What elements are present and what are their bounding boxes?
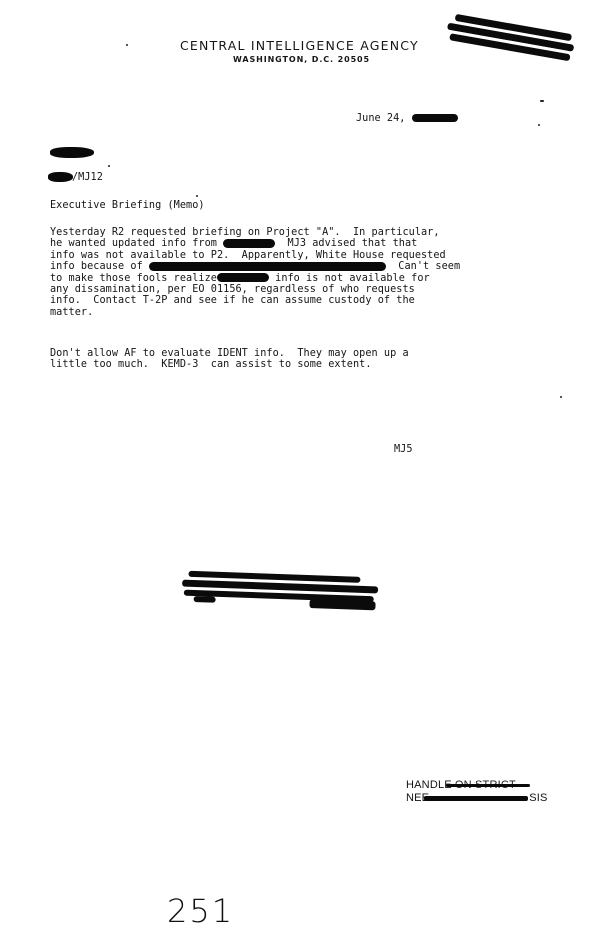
paragraph-line: info. Contact T-2P and see if he can ass…: [50, 295, 460, 306]
memo-subject: Executive Briefing (Memo): [50, 200, 205, 211]
date-text: June 24,: [356, 113, 405, 124]
handling-line-1: HANDLEON STRICT: [406, 779, 548, 792]
paragraph-line: info was not available to P2. Apparently…: [50, 250, 460, 261]
scan-speck: [108, 165, 110, 167]
redacted-header-mark: [50, 147, 94, 158]
paragraph-line: Yesterday R2 requested briefing on Proje…: [50, 227, 460, 238]
handling-line-2: NEESIS: [406, 792, 548, 805]
paragraph-line: Don't allow AF to evaluate IDENT info. T…: [50, 348, 409, 359]
redaction-bar: [309, 599, 375, 610]
paragraph-line: info because of Can't seem: [50, 261, 460, 272]
redacted-year: [412, 114, 458, 122]
memo-paragraph-2: Don't allow AF to evaluate IDENT info. T…: [50, 348, 409, 371]
paragraph-line: he wanted updated info from MJ3 advised …: [50, 238, 460, 249]
redacted-reason: [149, 262, 386, 271]
paragraph-line: any dissamination, per EO 01156, regardl…: [50, 284, 460, 295]
memo-signature: MJ5: [394, 444, 413, 455]
agency-name: CENTRAL INTELLIGENCE AGENCY: [180, 38, 419, 53]
strike-through: [446, 784, 530, 787]
redacted-classification-stamp: [444, 11, 581, 71]
redaction-bar: [194, 596, 216, 603]
paragraph-line: to make those fools realize info is not …: [50, 273, 460, 284]
redacted-bottom-stamp: [179, 567, 380, 614]
memo-reference: /MJ12: [72, 172, 103, 183]
scan-speck: [196, 195, 198, 197]
handling-caveat: HANDLEON STRICT NEESIS: [406, 779, 548, 805]
redaction-bar: [424, 796, 528, 801]
scan-speck: [560, 396, 562, 398]
redacted-reference-prefix: [48, 172, 73, 182]
redacted-source: [223, 239, 275, 248]
page-number: 251: [167, 892, 234, 930]
scan-speck: [538, 124, 540, 126]
paragraph-line: little too much. KEMD-3 can assist to so…: [50, 359, 409, 370]
scan-speck: [126, 44, 128, 46]
document-page: CENTRAL INTELLIGENCE AGENCY WASHINGTON, …: [0, 0, 600, 945]
paragraph-line: matter.: [50, 307, 460, 318]
scan-speck: [540, 100, 544, 102]
agency-address: WASHINGTON, D.C. 20505: [233, 55, 370, 64]
memo-date: June 24,: [356, 113, 458, 124]
redacted-subject: [217, 273, 269, 282]
memo-paragraph-1: Yesterday R2 requested briefing on Proje…: [50, 227, 460, 318]
